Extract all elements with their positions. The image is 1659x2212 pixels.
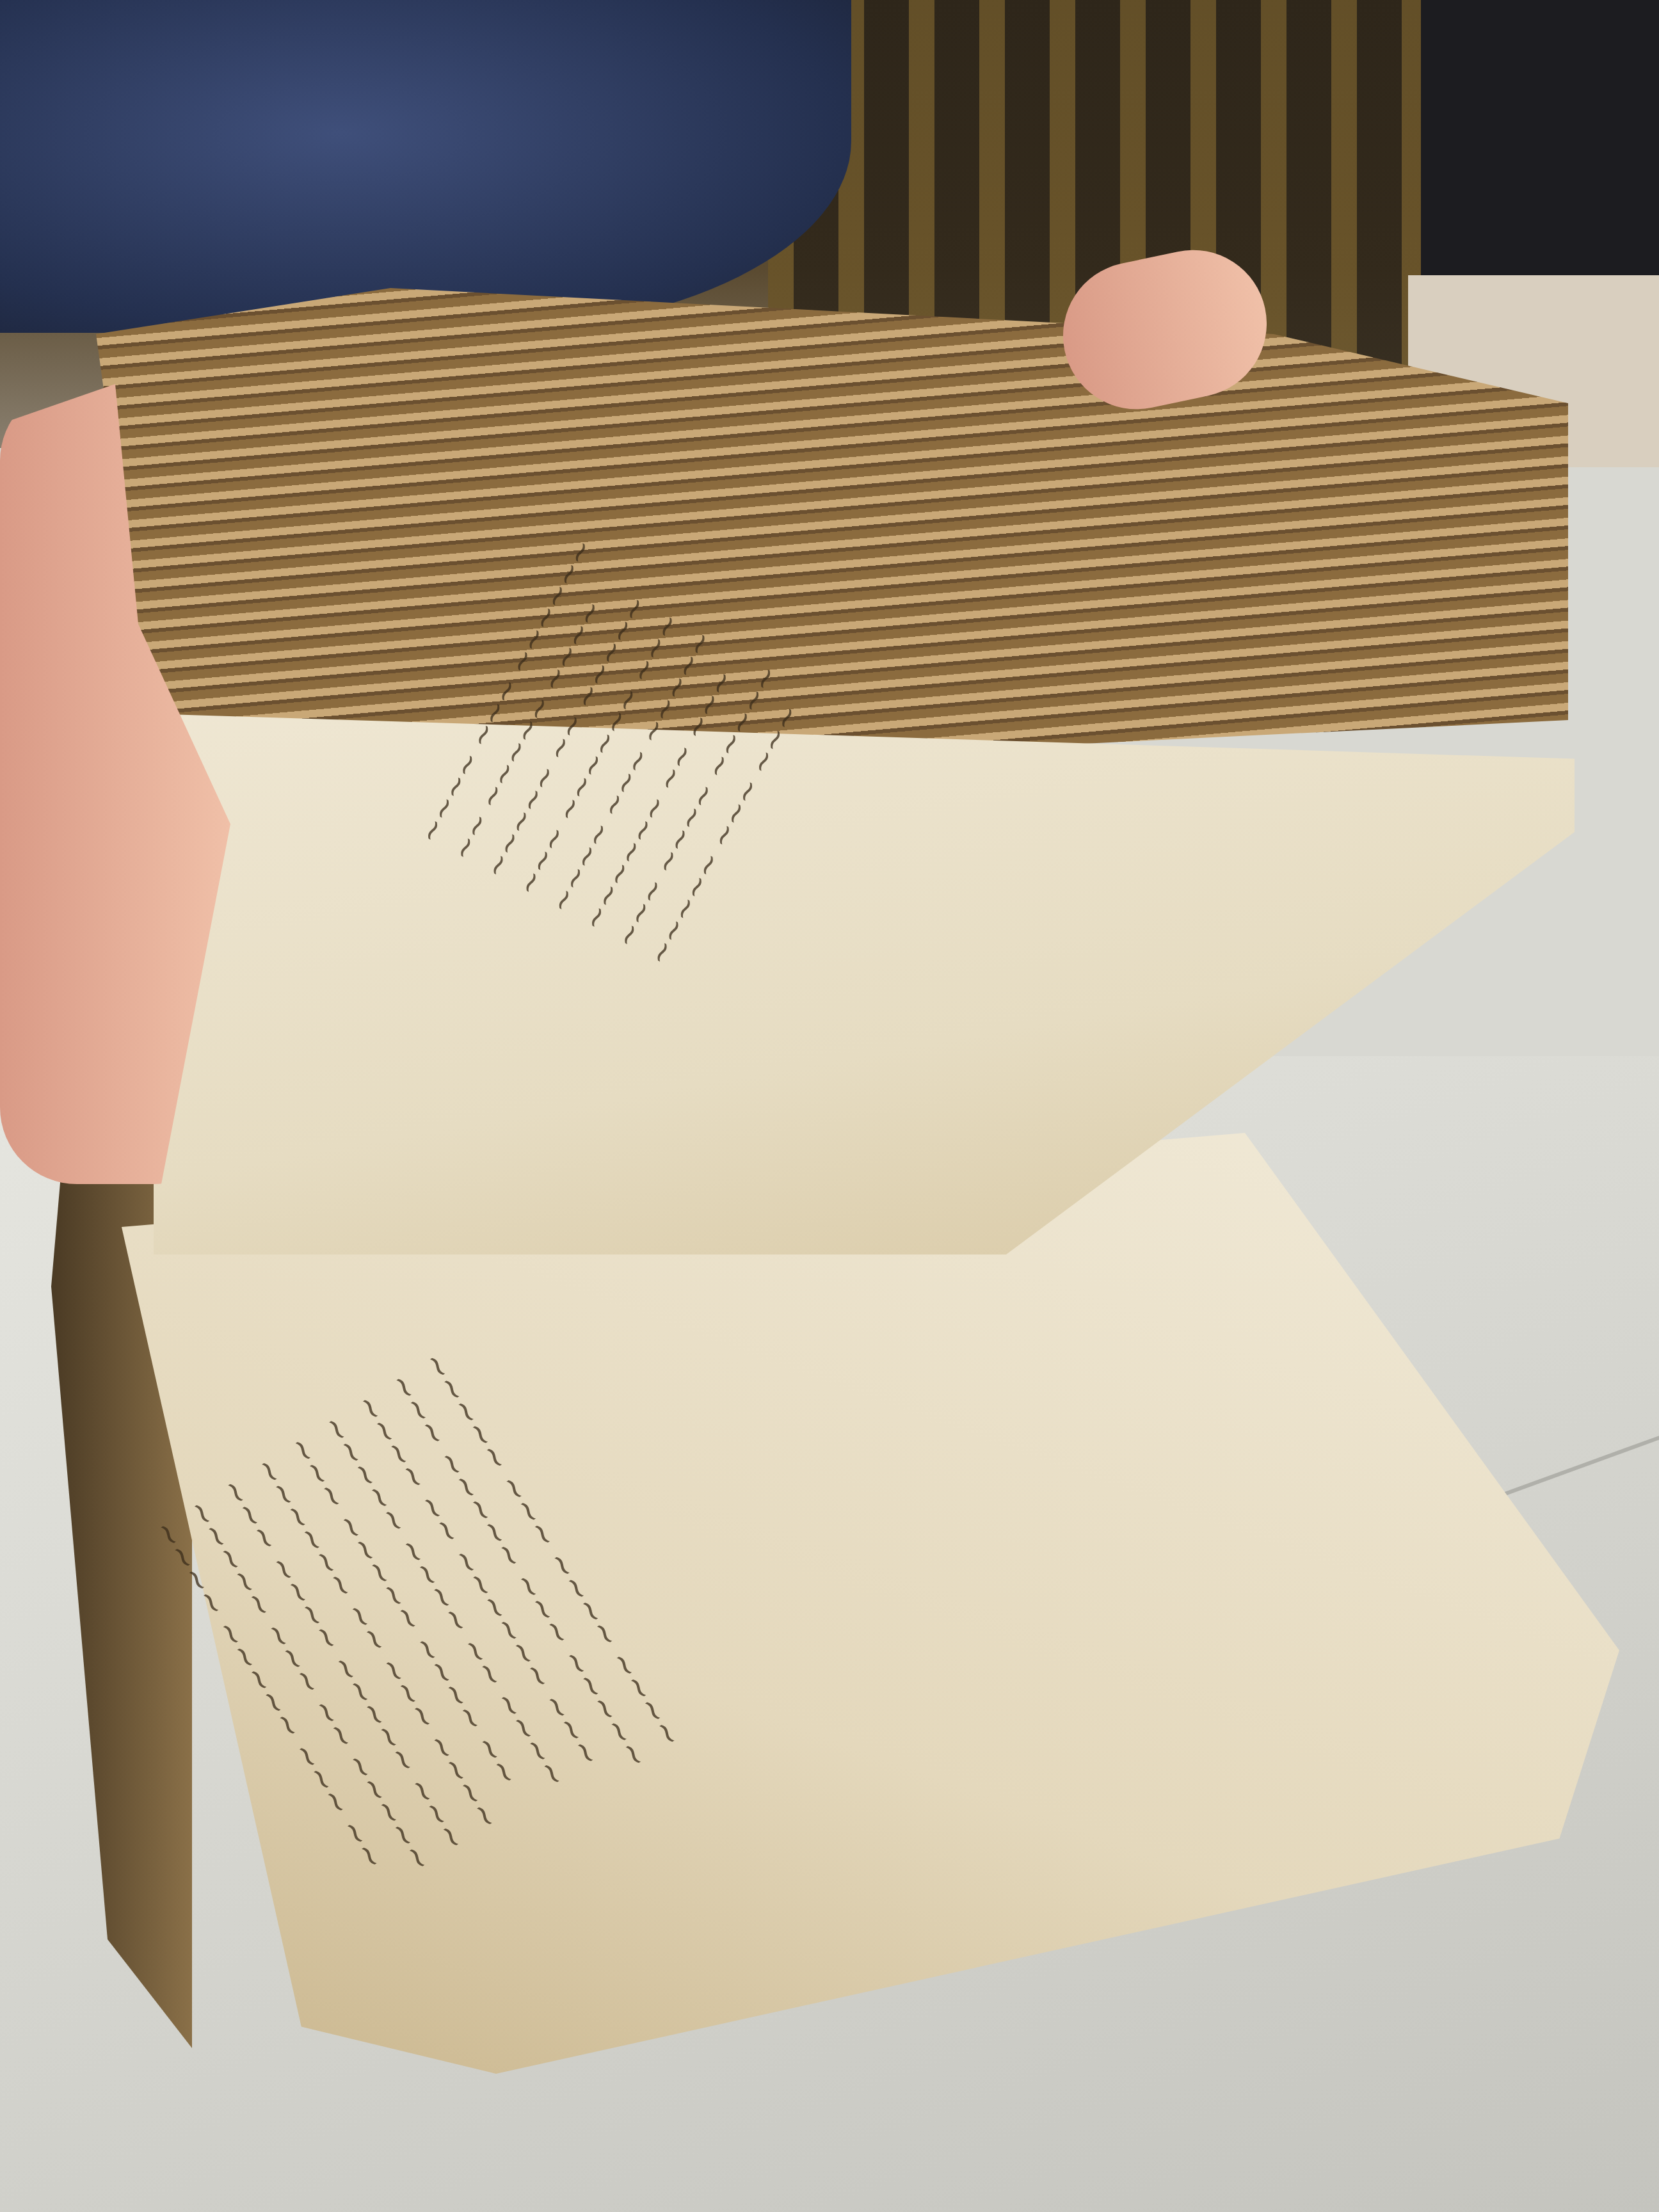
person-sleeve <box>0 0 851 333</box>
background-dark-area <box>1421 0 1659 294</box>
